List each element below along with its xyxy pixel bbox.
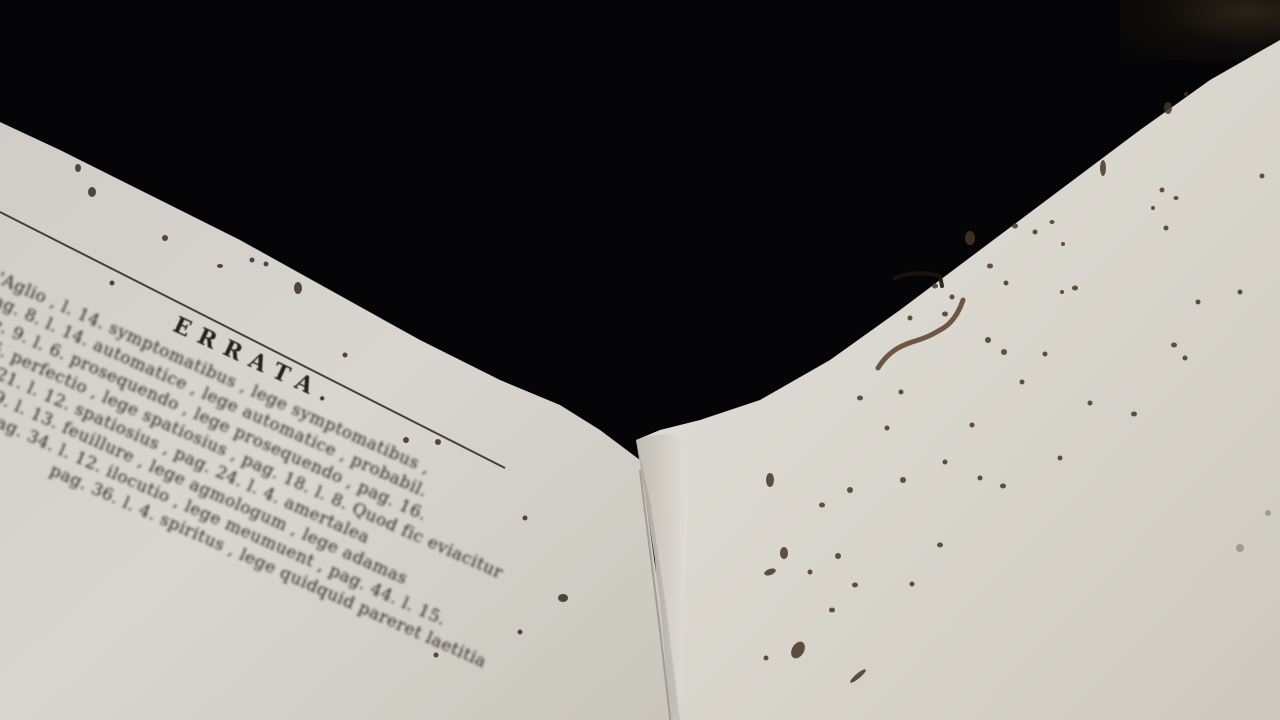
book-photo: ERRATA. D'Aglio , l. 14. symptomatibus ,… [0,0,1280,720]
right-page [636,40,1280,720]
